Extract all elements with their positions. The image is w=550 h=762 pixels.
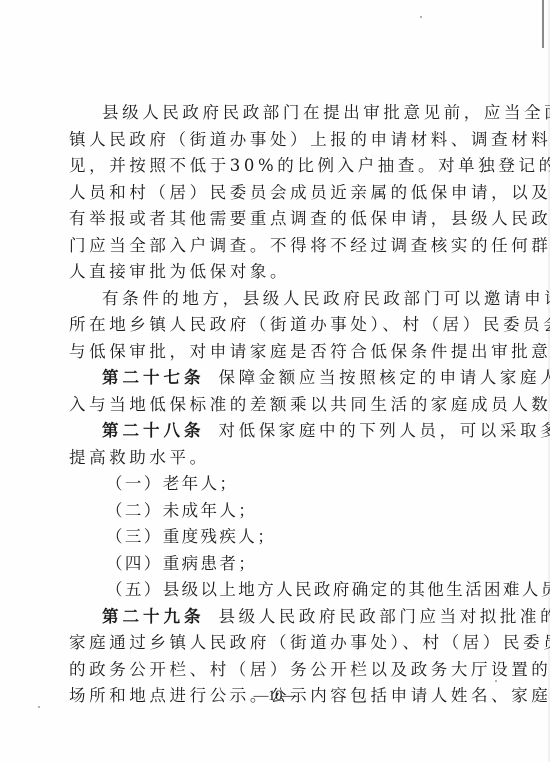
paragraph-line: 人直接审批为低保对象。 [69, 259, 479, 286]
article-27-line: 第二十七条保障金额应当按照核定的申请人家庭人均收 [69, 365, 479, 392]
paragraph-line: 有举报或者其他需要重点调查的低保申请，县级人民政府民政部 [69, 206, 479, 233]
scrollbar-thumb[interactable] [542, 0, 544, 48]
article-27-heading: 第二十七条 [102, 368, 205, 387]
list-item: （四）重病患者； [69, 551, 479, 578]
paragraph-line: 人员和村（居）民委员会成员近亲属的低保申请，以及有疑问、 [69, 180, 479, 207]
document-page: 县级人民政府民政部门在提出审批意见前，应当全面审查乡 镇人民政府（街道办事处）上… [0, 0, 550, 762]
page-number: —10— [0, 688, 550, 705]
paragraph-line: 县级人民政府民政部门在提出审批意见前，应当全面审查乡 [69, 100, 479, 127]
scan-speck [156, 687, 158, 689]
article-28-line: 第二十八条对低保家庭中的下列人员，可以采取多种措施 [69, 418, 479, 445]
scan-speck [420, 16, 422, 18]
article-28-text: 对低保家庭中的下列人员，可以采取多种措施 [219, 421, 550, 440]
paragraph-line: 门应当全部入户调查。不得将不经过调查核实的任何群体或者个 [69, 233, 479, 260]
list-item: （一）老年人； [69, 471, 479, 498]
article-27-text: 保障金额应当按照核定的申请人家庭人均收 [219, 368, 550, 387]
list-item: （三）重度残疾人； [69, 524, 479, 551]
paragraph-line: 提高救助水平。 [69, 445, 479, 472]
paragraph-line: 所在地乡镇人民政府（街道办事处）、村（居）民委员会派人参 [69, 312, 479, 339]
list-item: （二）未成年人； [69, 498, 479, 525]
list-item: （五）县级以上地方人民政府确定的其他生活困难人员。 [69, 577, 479, 604]
body-text: 县级人民政府民政部门在提出审批意见前，应当全面审查乡 镇人民政府（街道办事处）上… [69, 100, 479, 710]
article-29-heading: 第二十九条 [102, 607, 205, 626]
article-28-heading: 第二十八条 [102, 421, 205, 440]
article-29-text: 县级人民政府民政部门应当对拟批准的低保 [219, 607, 550, 626]
scan-speck [495, 680, 497, 682]
paragraph-line: 见，并按照不低于30%的比例入户抽查。对单独登记的低保经办 [69, 153, 479, 180]
paragraph-line: 有条件的地方，县级人民政府民政部门可以邀请申请人户籍 [69, 286, 479, 313]
paragraph-line: 与低保审批，对申请家庭是否符合低保条件提出审批意见。 [69, 339, 479, 366]
paragraph-line: 家庭通过乡镇人民政府（街道办事处）、村（居）民委员会固定 [69, 630, 479, 657]
paragraph-line: 镇人民政府（街道办事处）上报的申请材料、调查材料和审核意 [69, 127, 479, 154]
paragraph-line: 入与当地低保标准的差额乘以共同生活的家庭成员人数计算。 [69, 392, 479, 419]
article-29-line: 第二十九条县级人民政府民政部门应当对拟批准的低保 [69, 604, 479, 631]
paragraph-line: 的政务公开栏、村（居）务公开栏以及政务大厅设置的电子屏等 [69, 657, 479, 684]
scan-speck [38, 706, 40, 708]
